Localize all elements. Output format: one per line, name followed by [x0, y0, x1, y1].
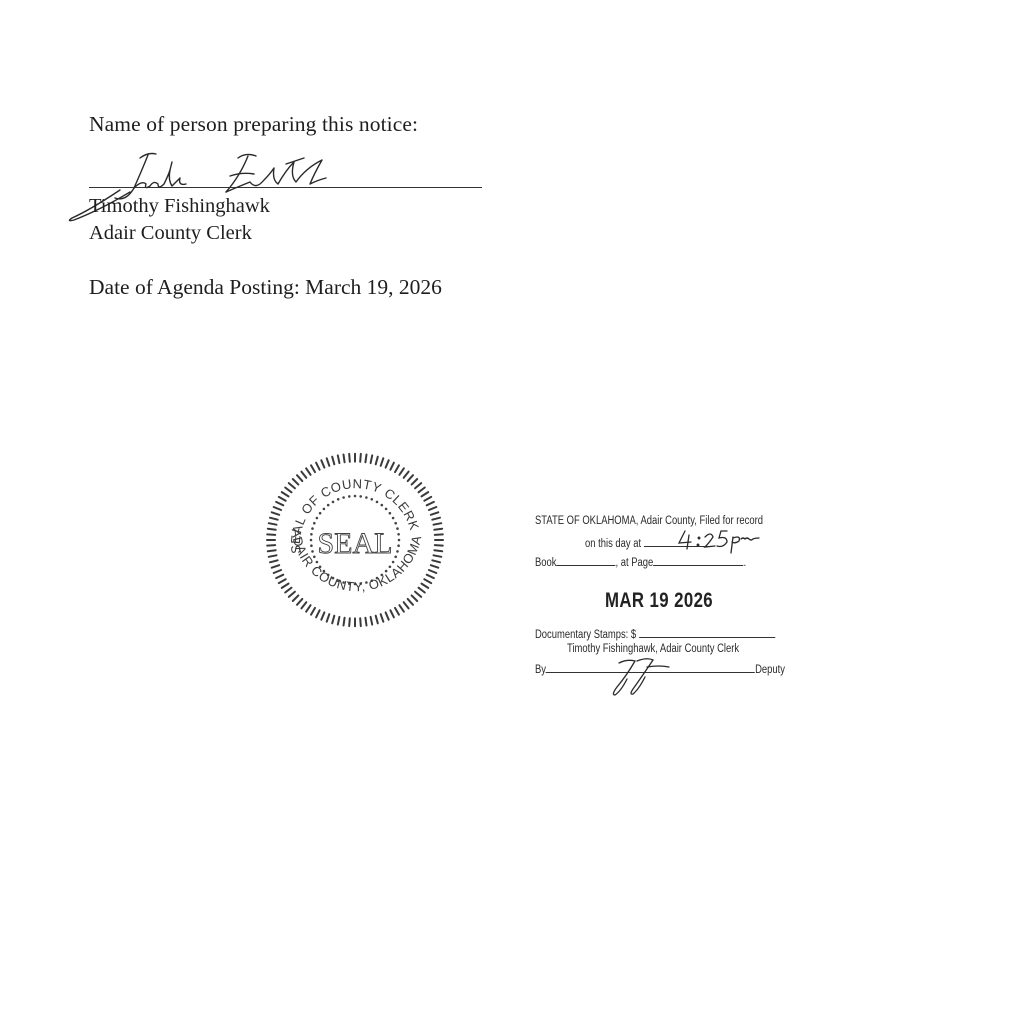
by-label: By	[535, 664, 546, 676]
deputy-label: Deputy	[755, 664, 785, 676]
county-clerk-seal-icon: SEAL OF COUNTY CLERK ADAIR COUNTY, OKLAH…	[262, 449, 448, 631]
agenda-posting-date: Date of Agenda Posting: March 19, 2026	[89, 275, 442, 300]
handwritten-time-icon	[675, 525, 765, 555]
book-label: Book	[535, 557, 556, 569]
filing-stamp: STATE OF OKLAHOMA, Adair County, Filed f…	[535, 515, 805, 700]
stamp-line-stamps: Documentary Stamps: $	[535, 627, 775, 641]
stamp-line-3: Book, at Page.	[535, 555, 746, 569]
preparer-title: Adair County Clerk	[89, 222, 252, 245]
page-label: , at Page	[616, 557, 654, 569]
book-field	[556, 555, 615, 566]
deputy-initials-icon	[607, 651, 677, 701]
documentary-stamps-field	[639, 627, 775, 638]
posting-date-label: Date of Agenda Posting:	[89, 275, 300, 299]
preparer-label: Name of person preparing this notice:	[89, 112, 418, 137]
preparer-name: Timothy Fishinghawk	[89, 195, 270, 218]
posting-date-value: March 19, 2026	[305, 275, 442, 299]
documentary-stamps-label: Documentary Stamps: $	[535, 629, 636, 641]
page-field	[653, 555, 743, 566]
time-label: on this day at	[585, 538, 641, 550]
stamp-date: MAR 19 2026	[605, 589, 713, 613]
seal-center-text: SEAL	[318, 527, 393, 560]
